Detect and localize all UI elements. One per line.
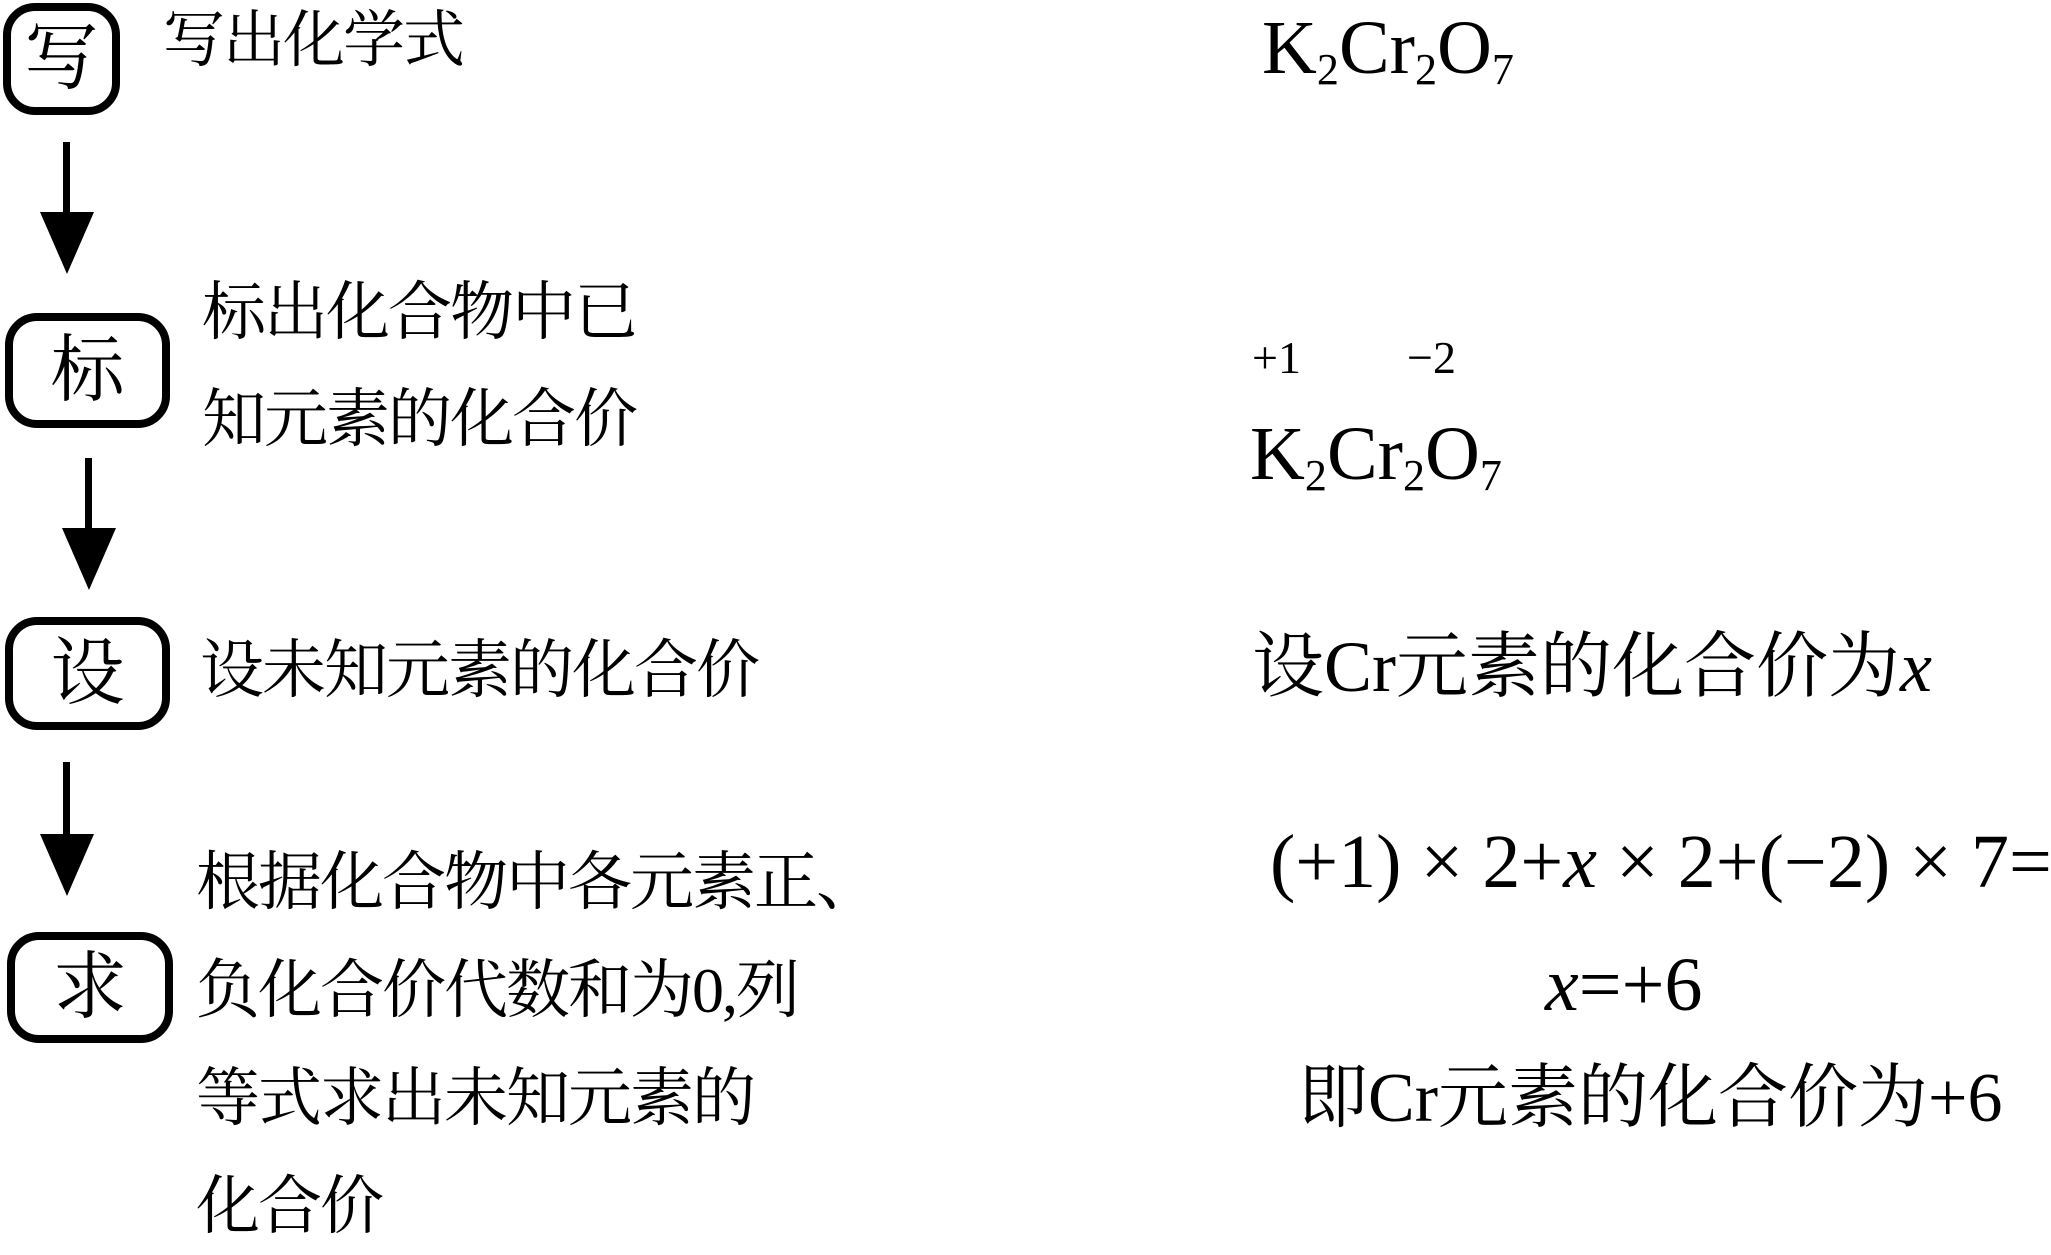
step-solve-description-line4: 化合价: [196, 1175, 382, 1239]
element-symbol: Cr: [1327, 412, 1403, 496]
step-box-assume-label: 设: [51, 637, 125, 711]
subscript: 2: [1317, 45, 1339, 94]
step-box-solve-label: 求: [53, 951, 127, 1025]
assumption-text: 设Cr元素的化合价为: [1252, 627, 1900, 707]
arrow-down-icon: [63, 142, 70, 216]
valence-charge-potassium: +1: [1252, 335, 1301, 381]
step-mark-description-line2: 知元素的化合价: [202, 388, 636, 452]
step-solve-description-line1: 根据化合物中各元素正、: [196, 851, 878, 915]
step-box-solve: 求: [7, 932, 173, 1043]
chemical-formula-k2cr2o7: K2Cr2O7: [1262, 10, 1514, 86]
variable-x: x: [1563, 820, 1597, 904]
valence-charge-oxygen: −2: [1407, 335, 1456, 381]
step-solve-description-line3: 等式求出未知元素的: [196, 1067, 754, 1131]
valence-calculation-flowchart: 写 标 设 求 写出化学式 标出化合物中已 知元素的化合价 设未知元素的化合价 …: [0, 0, 2051, 1255]
element-symbol: O: [1425, 412, 1480, 496]
element-symbol: O: [1437, 6, 1492, 90]
chemical-formula-with-valences: +1 −2 K2Cr2O7: [1250, 303, 1502, 524]
variable-x: x: [1900, 627, 1932, 707]
variable-x: x: [1545, 943, 1579, 1027]
step-assume-description: 设未知元素的化合价: [200, 639, 758, 703]
subscript: 2: [1403, 451, 1425, 500]
step-box-mark-label: 标: [51, 334, 125, 408]
valence-charges-row: +1 −2: [1250, 335, 1502, 379]
step-box-assume: 设: [5, 617, 170, 730]
arrow-down-icon: [40, 212, 94, 274]
step-box-write: 写: [3, 3, 120, 115]
subscript: 7: [1480, 451, 1502, 500]
equation-solution: x=+6: [1545, 947, 1702, 1023]
assumption-statement: 设Cr元素的化合价为x: [1252, 631, 1932, 703]
arrow-down-icon: [63, 762, 70, 838]
step-write-description: 写出化学式: [163, 10, 463, 72]
step-box-mark: 标: [5, 313, 170, 428]
arrow-down-icon: [62, 528, 116, 590]
step-box-write-label: 写: [25, 22, 99, 96]
subscript: 2: [1415, 45, 1437, 94]
equation-lead: (+1) × 2+: [1270, 820, 1563, 904]
solution-value: =+6: [1579, 943, 1703, 1027]
equation-rest: × 2+(−2) × 7=0: [1597, 820, 2051, 904]
subscript: 7: [1492, 45, 1514, 94]
valence-equation: (+1) × 2+x × 2+(−2) × 7=0: [1270, 824, 2051, 900]
arrow-down-icon: [40, 834, 94, 896]
element-symbol: K: [1262, 6, 1317, 90]
step-solve-description-line2: 负化合价代数和为0,列: [196, 959, 798, 1023]
element-symbol: Cr: [1339, 6, 1415, 90]
arrow-down-icon: [85, 458, 92, 532]
step-mark-description-line1: 标出化合物中已: [202, 281, 636, 345]
conclusion-statement: 即Cr元素的化合价为+6: [1298, 1064, 2002, 1134]
